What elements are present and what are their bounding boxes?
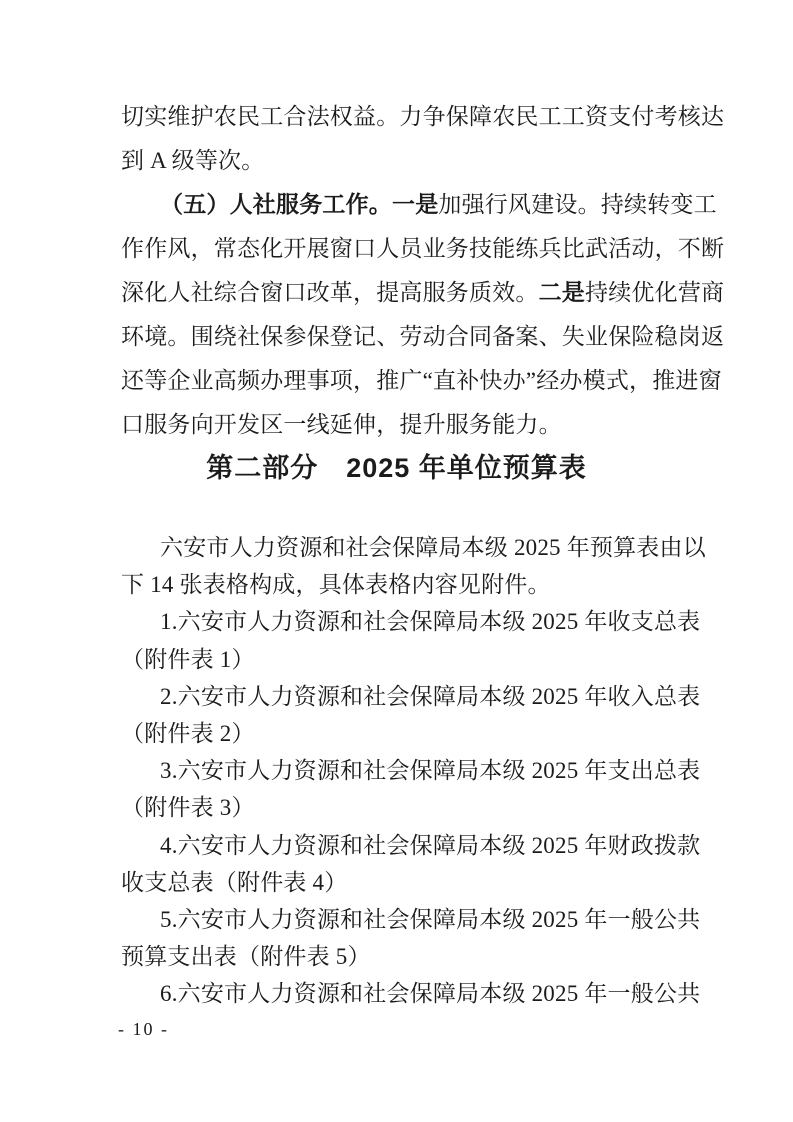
text-run: 5.六安市人力资源和社会保障局本级 2025 年一般公共 [160,907,700,932]
text-line: 1.六安市人力资源和社会保障局本级 2025 年收支总表 [160,609,700,634]
text-line: 2.六安市人力资源和社会保障局本级 2025 年收入总表 [160,684,700,709]
text-line: 六安市人力资源和社会保障局本级 2025 年预算表由以 [160,535,706,560]
text-run: 1.六安市人力资源和社会保障局本级 2025 年收支总表 [160,609,700,634]
text-line: 下 14 张表格构成，具体表格内容见附件。 [121,572,551,597]
text-run: （附件表 3） [121,795,255,820]
text-line: 还等企业高频办理事项，推广“直补快办”经办模式，推进窗 [121,368,722,393]
text-run: 持续优化营商 [585,280,724,305]
text-run: 口服务向开发区一线延伸，提升服务能力。 [121,412,562,437]
text-run: 加强行风建设。持续转变工 [438,192,716,217]
text-line: （五）人社服务工作。一是加强行风建设。持续转变工 [160,192,717,217]
text-line: 环境。围绕社保参保登记、劳动合同备案、失业保险稳岗返 [121,324,724,349]
text-run: 2.六安市人力资源和社会保障局本级 2025 年收入总表 [160,684,700,709]
text-run: （附件表 2） [121,721,255,746]
text-run: 下 14 张表格构成，具体表格内容见附件。 [121,572,551,597]
text-line: 5.六安市人力资源和社会保障局本级 2025 年一般公共 [160,907,700,932]
text-run: 4.六安市人力资源和社会保障局本级 2025 年财政拨款 [160,833,700,858]
text-run: 到 A 级等次。 [121,148,264,173]
text-line: 口服务向开发区一线延伸，提升服务能力。 [121,412,562,437]
text-line: 到 A 级等次。 [121,148,264,173]
text-run: 切实维护农民工合法权益。力争保障农民工工资支付考核达 [121,104,724,129]
text-run: 6.六安市人力资源和社会保障局本级 2025 年一般公共 [160,981,700,1006]
text-line: 收支总表（附件表 4） [121,870,347,895]
text-run: 预算支出表（附件表 5） [121,944,371,969]
text-line: 深化人社综合窗口改革，提高服务质效。二是持续优化营商 [121,280,724,305]
text-run: （附件表 1） [121,647,255,672]
document-page: 切实维护农民工合法权益。力争保障农民工工资支付考核达到 A 级等次。（五）人社服… [0,0,793,1122]
text-line: （附件表 2） [121,721,255,746]
text-run: 还等企业高频办理事项，推广“直补快办”经办模式，推进窗 [121,368,722,393]
text-line: 3.六安市人力资源和社会保障局本级 2025 年支出总表 [160,758,700,783]
part2-section-heading: 第二部分 2025 年单位预算表 [0,452,793,484]
text-line: 6.六安市人力资源和社会保障局本级 2025 年一般公共 [160,981,700,1006]
text-run: 作作风，常态化开展窗口人员业务技能练兵比武活动，不断 [121,236,724,261]
text-run: 六安市人力资源和社会保障局本级 2025 年预算表由以 [160,535,706,560]
text-line: 作作风，常态化开展窗口人员业务技能练兵比武活动，不断 [121,236,724,261]
text-line: 4.六安市人力资源和社会保障局本级 2025 年财政拨款 [160,833,700,858]
text-run: 3.六安市人力资源和社会保障局本级 2025 年支出总表 [160,758,700,783]
page-number: - 10 - [118,1019,169,1039]
text-line: 预算支出表（附件表 5） [121,944,371,969]
text-line: （附件表 3） [121,795,255,820]
text-run: 环境。围绕社保参保登记、劳动合同备案、失业保险稳岗返 [121,324,724,349]
emphasis-run: （五）人社服务工作。一是 [160,192,438,217]
text-line: （附件表 1） [121,647,255,672]
emphasis-run: 二是 [539,280,585,305]
text-run: 深化人社综合窗口改革，提高服务质效。 [121,280,539,305]
text-line: 切实维护农民工合法权益。力争保障农民工工资支付考核达 [121,104,724,129]
text-run: 收支总表（附件表 4） [121,870,347,895]
